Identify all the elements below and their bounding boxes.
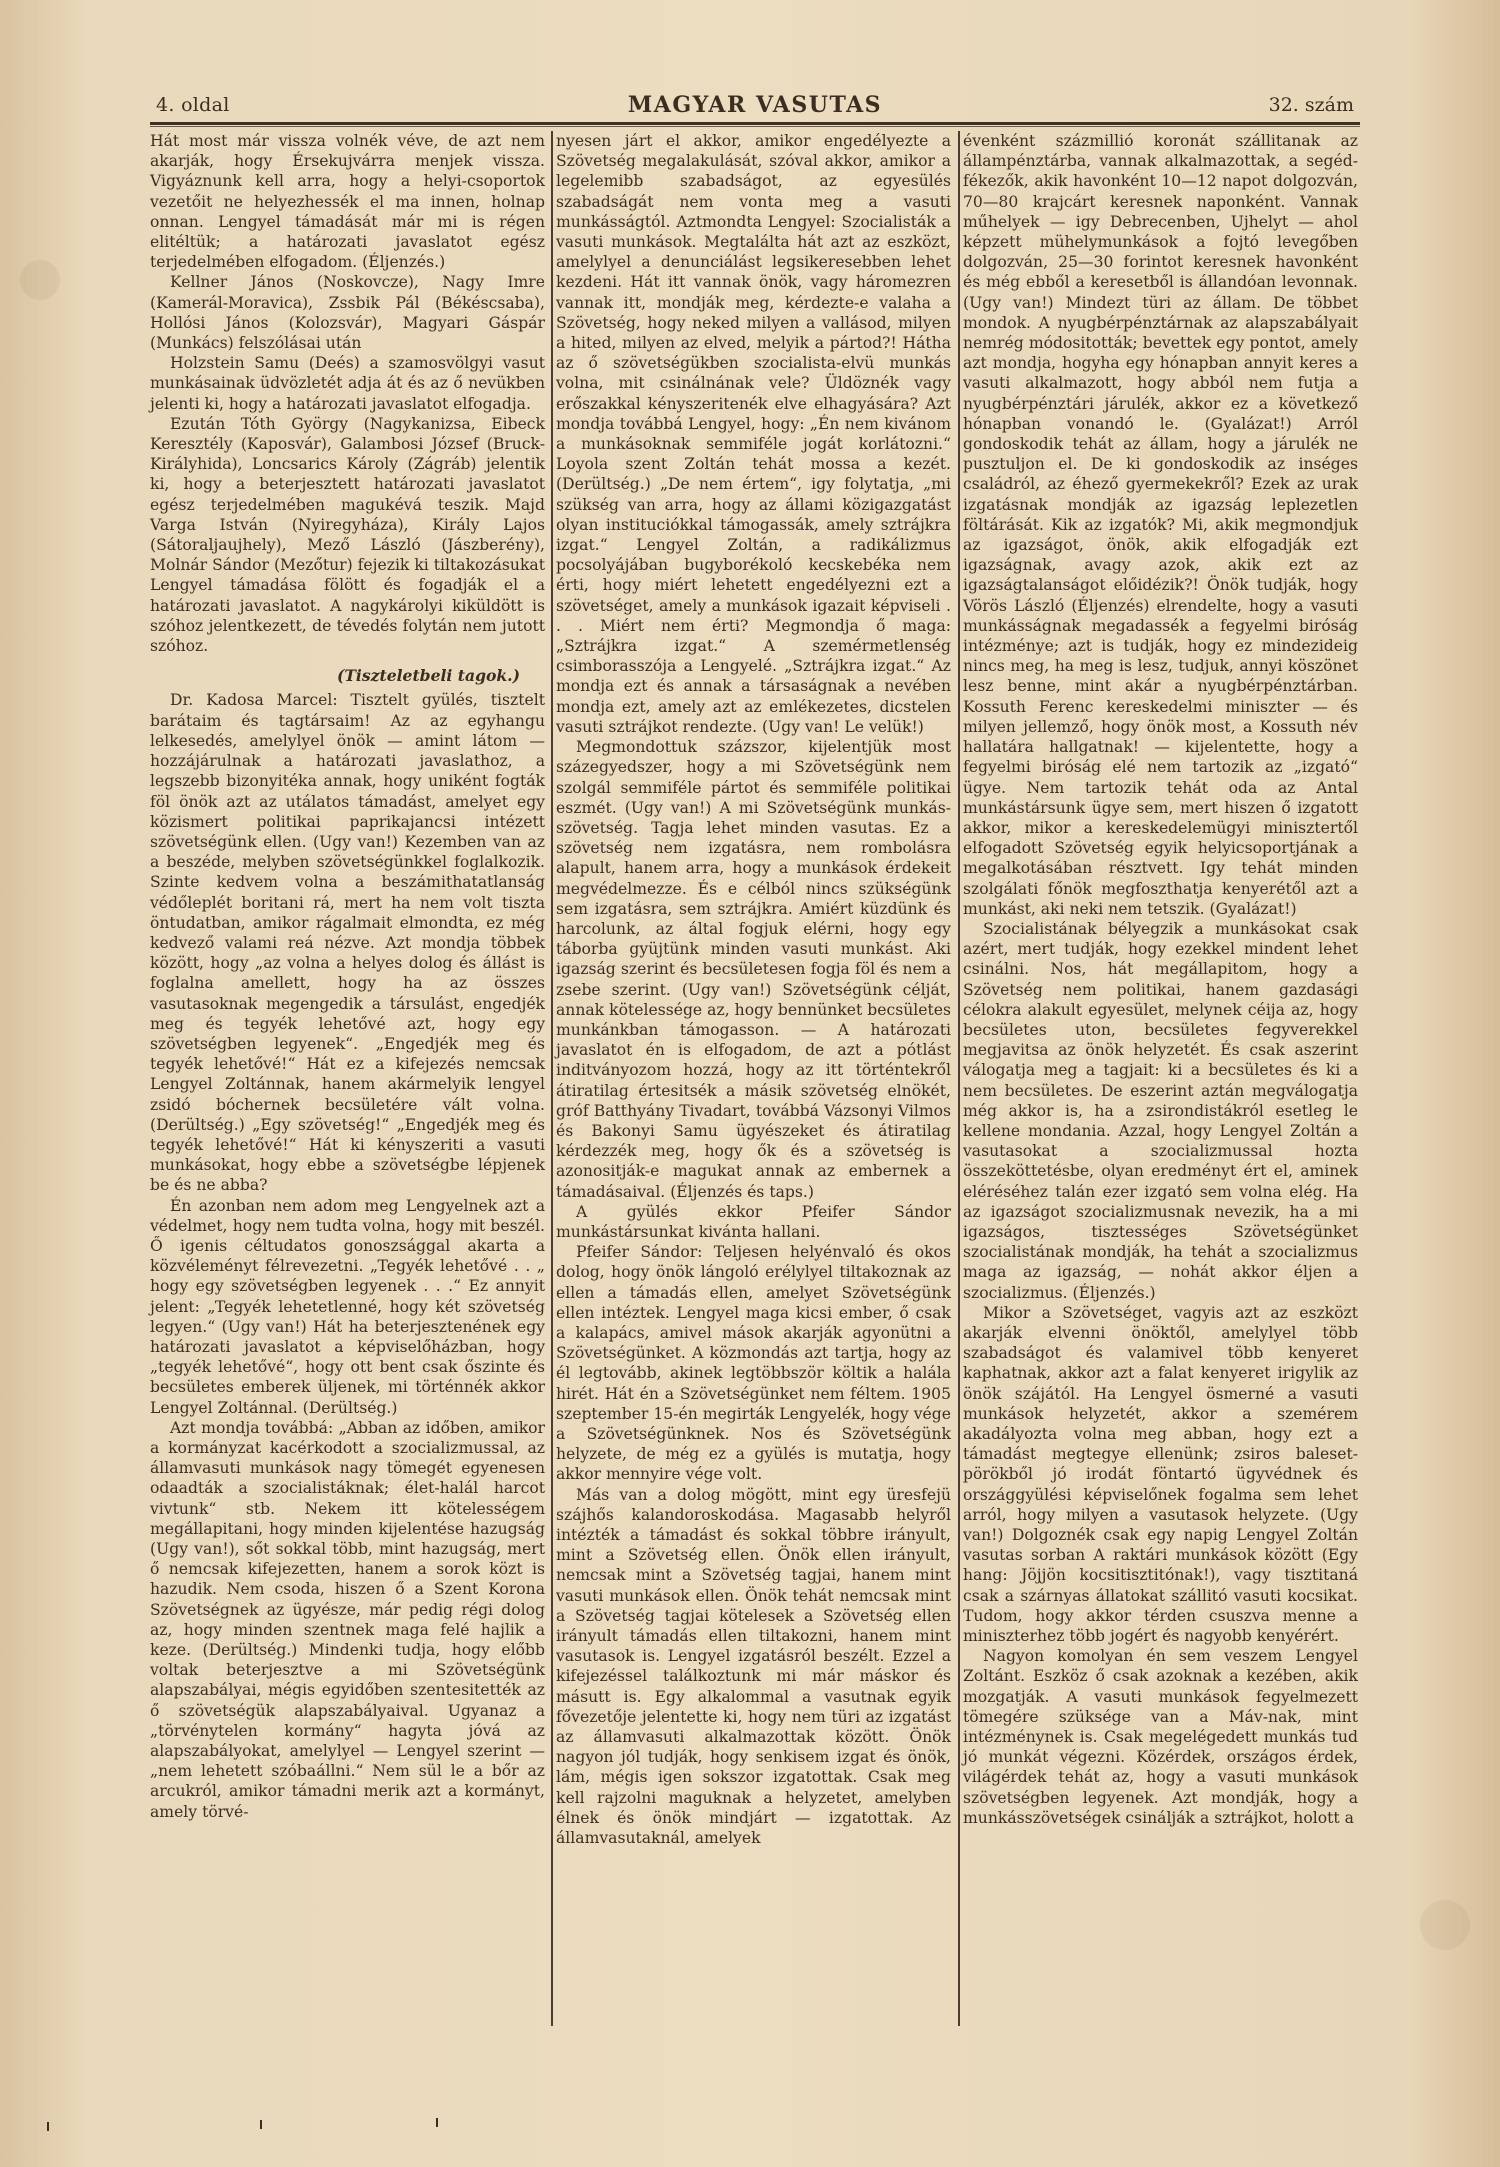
article-paragraph: Szocialistának bélyegzik a munkásokat cs… <box>963 919 1358 1303</box>
article-paragraph: Megmondottuk százszor, kijelentjük most … <box>556 737 951 1202</box>
article-paragraph: Én azonban nem adom meg Lengyelnek azt a… <box>150 1196 545 1418</box>
paper-stain <box>20 260 60 300</box>
article-paragraph: Hát most már vissza volnék véve, de azt … <box>150 131 545 272</box>
article-paragraph: Nagyon komolyan én sem veszem Lengyel Zo… <box>963 1646 1358 1828</box>
article-paragraph: Pfeifer Sándor: Teljesen helyénvaló és o… <box>556 1242 951 1484</box>
header-rule <box>150 122 1360 125</box>
article-paragraph: Kellner János (Noskovcze), Nagy Imre (Ka… <box>150 272 545 353</box>
article-paragraph: Mikor a Szövetséget, vagyis azt az eszkö… <box>963 1303 1358 1646</box>
paper-stain <box>1420 1900 1470 1950</box>
issue-number: 32. szám <box>1269 94 1354 116</box>
section-subheading: (Tiszteletbeli tagok.) <box>150 666 545 686</box>
article-paragraph: Dr. Kadosa Marcel: Tisztelt gyülés, tisz… <box>150 690 545 1195</box>
column-divider <box>958 131 960 2026</box>
article-paragraph: évenként százmillió koronát szállitanak … <box>963 131 1358 919</box>
header-rule-thin <box>150 126 1360 127</box>
paper-speck <box>47 2122 49 2131</box>
masthead-title: MAGYAR VASUTAS <box>150 92 1360 118</box>
column-2: nyesen járt el akkor, amikor engedélyezt… <box>556 131 951 1848</box>
newspaper-page: 4. oldal MAGYAR VASUTAS 32. szám Hát mos… <box>150 0 1360 2167</box>
article-paragraph: Azt mondja továbbá: „Abban az időben, am… <box>150 1418 545 1822</box>
article-paragraph: Ezután Tóth György (Nagykanizsa, Eibeck … <box>150 414 545 656</box>
column-1: Hát most már vissza volnék véve, de azt … <box>150 131 545 1822</box>
page-header: 4. oldal MAGYAR VASUTAS 32. szám <box>150 92 1360 120</box>
article-paragraph: Más van a dolog mögött, mint egy üresfej… <box>556 1485 951 1849</box>
column-divider <box>551 131 553 2026</box>
column-3: évenként százmillió koronát szállitanak … <box>963 131 1358 1828</box>
article-paragraph: A gyülés ekkor Pfeifer Sándor munkástárs… <box>556 1202 951 1242</box>
article-paragraph: nyesen járt el akkor, amikor engedélyezt… <box>556 131 951 737</box>
article-paragraph: Holzstein Samu (Deés) a szamosvölgyi vas… <box>150 353 545 414</box>
